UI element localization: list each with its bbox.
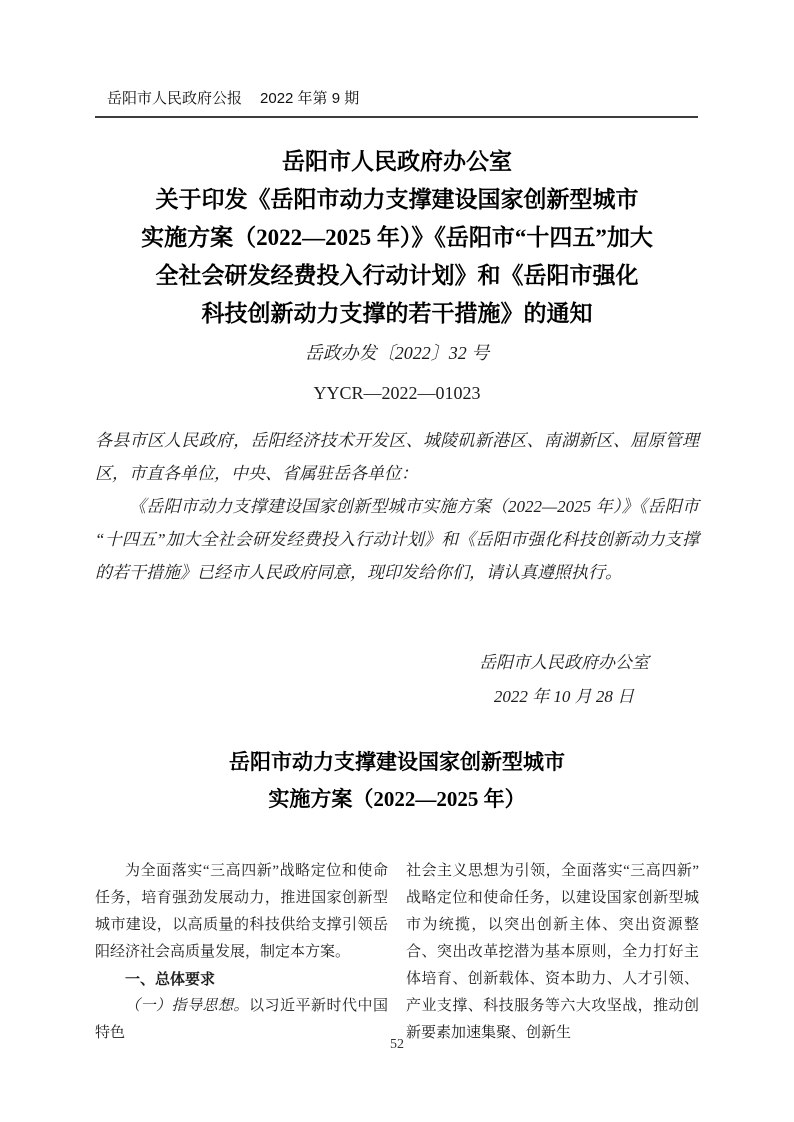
gazette-title: 岳阳市人民政府公报 [107,90,242,107]
page-number: 52 [0,1036,794,1054]
gazette-page: 岳阳市人民政府公报2022 年第 9 期 岳阳市人民政府办公室 关于印发《岳阳市… [0,0,794,1122]
paragraph-lead: （一）指导思想。 [125,998,249,1014]
doc-number: 岳政办发〔2022〕32 号 [95,338,699,368]
signature-date: 2022 年 10 月 28 日 [479,680,649,714]
notice-title: 岳阳市人民政府办公室 关于印发《岳阳市动力支撑建设国家创新型城市 实施方案（20… [95,143,699,333]
notice-title-line: 实施方案（2022—2025 年）》《岳阳市“十四五”加大 [95,219,699,257]
plan-intro-paragraph: 为全面落实“三高四新”战略定位和使命任务，培育强劲发展动力，推进国家创新型城市建… [95,858,388,966]
plan-title: 岳阳市动力支撑建设国家创新型城市 实施方案（2022—2025 年） [95,744,699,818]
notice-title-line: 关于印发《岳阳市动力支撑建设国家创新型城市 [95,181,699,219]
continuation-paragraph: 社会主义思想为引领，全面落实“三高四新”战略定位和使命任务，以建设国家创新型城市… [406,858,699,1047]
notice-title-line: 科技创新动力支撑的若干措施》的通知 [95,295,699,333]
section-heading: 一、总体要求 [95,966,388,993]
signature-block: 岳阳市人民政府办公室 2022 年 10 月 28 日 [95,646,699,714]
two-column-text: 为全面落实“三高四新”战略定位和使命任务，培育强劲发展动力，推进国家创新型城市建… [95,858,699,1047]
gazette-header: 岳阳市人民政府公报2022 年第 9 期 [95,91,698,118]
plan-title-line: 实施方案（2022—2025 年） [95,781,699,818]
doc-code: YYCR—2022—01023 [95,378,699,408]
column-left: 为全面落实“三高四新”战略定位和使命任务，培育强劲发展动力，推进国家创新型城市建… [95,858,388,1047]
notice-letter: 各县市区人民政府，岳阳经济技术开发区、城陵矶新港区、南湖新区、屈原管理区，市直各… [95,424,699,589]
notice-title-line: 岳阳市人民政府办公室 [95,143,699,181]
plan-title-line: 岳阳市动力支撑建设国家创新型城市 [95,744,699,781]
notice-document: 岳阳市人民政府办公室 关于印发《岳阳市动力支撑建设国家创新型城市 实施方案（20… [95,117,699,1047]
gazette-issue: 2022 年第 9 期 [260,90,359,107]
column-right: 社会主义思想为引领，全面落实“三高四新”战略定位和使命任务，以建设国家创新型城市… [406,858,699,1047]
addressee-paragraph: 各县市区人民政府，岳阳经济技术开发区、城陵矶新港区、南湖新区、屈原管理区，市直各… [95,424,699,490]
notice-title-line: 全社会研发经费投入行动计划》和《岳阳市强化 [95,257,699,295]
notice-body-paragraph: 《岳阳市动力支撑建设国家创新型城市实施方案（2022—2025 年）》《岳阳市“… [95,490,699,589]
signature-org: 岳阳市人民政府办公室 [479,646,649,680]
